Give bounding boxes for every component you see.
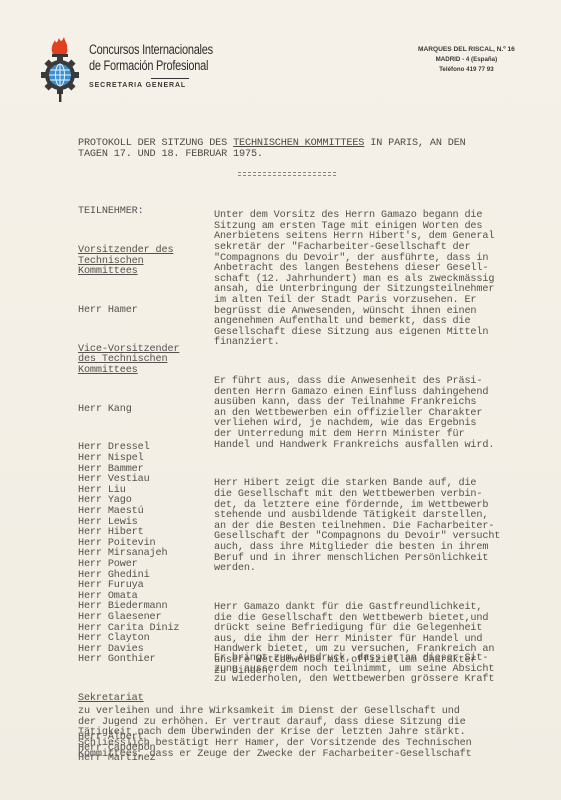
org-divider [151, 78, 189, 79]
member-name: Herr Glaesener [78, 613, 179, 624]
address-phone: Teléfono 419 77 93 [418, 65, 515, 75]
final-paragraph: Er bringt zum Ausdruck, dass er an diese… [78, 633, 494, 781]
chair-heading: Vorsitzender des Technischen Kommittees [78, 246, 179, 278]
address-street: MARQUES DEL RISCAL, N.º 16 [418, 45, 515, 55]
title-line1-start: PROTOKOLL DER SITZUNG DES [78, 138, 233, 149]
vice-chair-name: Herr Kang [78, 405, 179, 416]
member-name: Herr Power [78, 560, 179, 571]
address-city: MADRID - 4 (España) [418, 55, 515, 65]
title-line1-end: IN PARIS, AN DEN [364, 138, 465, 149]
document-page: Concursos Internacionales de Formación P… [0, 0, 561, 800]
final-paragraph-indented: Er bringt zum Ausdruck, dass er an diese… [78, 654, 494, 686]
title-divider [238, 172, 336, 176]
document-title: PROTOKOLL DER SITZUNG DES TECHNISCHEN KO… [78, 139, 466, 160]
vice-chair-heading: Vice-Vorsitzender des Technischen Kommit… [78, 345, 179, 377]
body-paragraph: Er führt aus, dass die Anwesenheit des P… [214, 377, 500, 451]
torch-gear-globe-logo-icon [40, 34, 80, 104]
participants-heading: TEILNEHMER: [78, 207, 179, 218]
final-paragraph-full: zu verleihen und ihre Wirksamkeit im Die… [78, 707, 494, 760]
org-name-line1: Concursos Internacionales [89, 42, 213, 58]
organization-name: Concursos Internacionales de Formación P… [89, 42, 240, 89]
title-line2: TAGEN 17. UND 18. FEBRUAR 1975. [78, 149, 263, 160]
department-label: SECRETARIA GENERAL [89, 82, 240, 89]
body-paragraph: Unter dem Vorsitz des Herrn Gamazo began… [214, 211, 500, 349]
address-block: MARQUES DEL RISCAL, N.º 16 MADRID - 4 (E… [418, 45, 515, 75]
org-name-line2: de Formación Profesional [89, 58, 213, 74]
chair-name: Herr Hamer [78, 306, 179, 317]
title-underlined-committee: TECHNISCHEN KOMMITTEES [233, 138, 364, 149]
body-paragraph: Herr Hibert zeigt die starken Bande auf,… [214, 479, 500, 574]
minutes-body: Unter dem Vorsitz des Herrn Gamazo began… [214, 190, 500, 705]
